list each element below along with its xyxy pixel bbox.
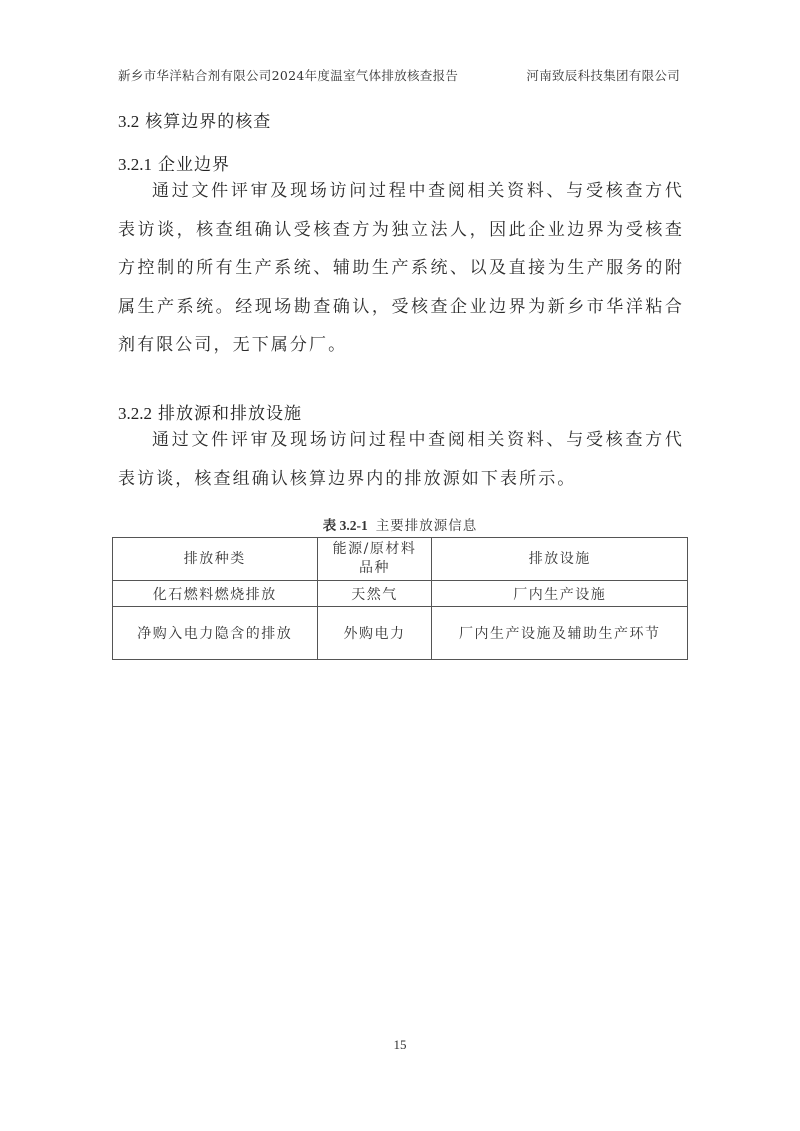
header-report-title: 新乡市华洋粘合剂有限公司2024年度温室气体排放核查报告: [118, 66, 458, 84]
table-header-cell: 能源/原材料品种: [317, 538, 432, 581]
header-company: 河南致辰科技集团有限公司: [526, 66, 680, 84]
table-cell: 厂内生产设施及辅助生产环节: [432, 607, 688, 660]
table-cell: 外购电力: [317, 607, 432, 660]
table-cell: 天然气: [317, 581, 432, 607]
table-cell: 净购入电力隐含的排放: [113, 607, 318, 660]
emission-sources-table: 排放种类 能源/原材料品种 排放设施 化石燃料燃烧排放 天然气 厂内生产设施 净…: [112, 537, 688, 660]
section-title: 核算边界的核查: [145, 112, 271, 132]
table-header-row: 排放种类 能源/原材料品种 排放设施: [113, 538, 688, 581]
page-number: 15: [0, 1037, 800, 1053]
section-number: 3.2: [118, 112, 139, 131]
table-caption: 表 3.2-1主要排放源信息: [0, 514, 800, 534]
paragraph-enterprise-boundary: 通过文件评审及现场访问过程中查阅相关资料、与受核查方代表访谈，核查组确认受核查方…: [118, 172, 684, 365]
table-cell: 厂内生产设施: [432, 581, 688, 607]
table-caption-title: 主要排放源信息: [376, 518, 478, 534]
section-heading: 3.2核算边界的核查: [118, 107, 271, 132]
table-header-cell: 排放设施: [432, 538, 688, 581]
table-header-cell: 排放种类: [113, 538, 318, 581]
table-caption-number: 表 3.2-1: [323, 518, 368, 533]
running-header: 新乡市华洋粘合剂有限公司2024年度温室气体排放核查报告 河南致辰科技集团有限公…: [118, 66, 680, 84]
table-row: 化石燃料燃烧排放 天然气 厂内生产设施: [113, 581, 688, 607]
table-cell: 化石燃料燃烧排放: [113, 581, 318, 607]
table-row: 净购入电力隐含的排放 外购电力 厂内生产设施及辅助生产环节: [113, 607, 688, 660]
paragraph-emission-sources: 通过文件评审及现场访问过程中查阅相关资料、与受核查方代表访谈，核查组确认核算边界…: [118, 421, 684, 498]
